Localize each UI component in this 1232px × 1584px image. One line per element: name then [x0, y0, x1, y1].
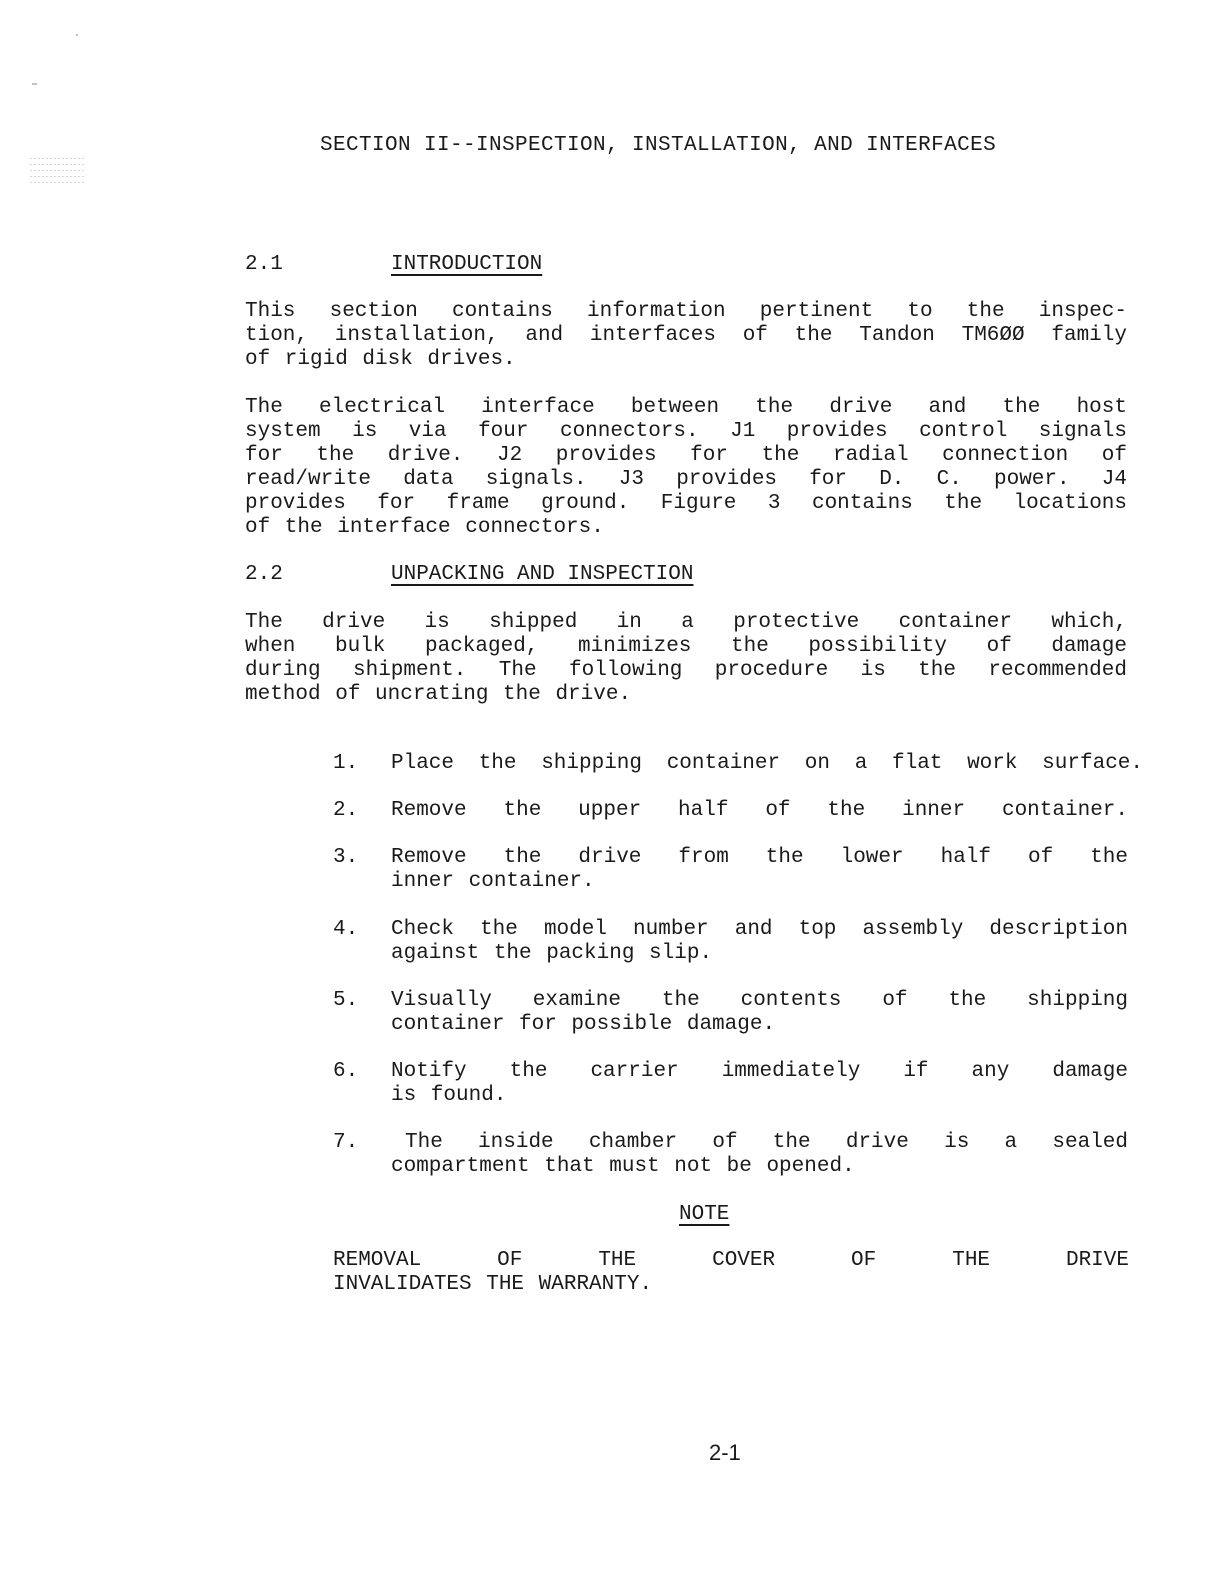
step-number: 7. [333, 1131, 383, 1155]
text-line: when bulk packaged, minimizes the possib… [245, 635, 1127, 659]
scan-speck [76, 34, 78, 36]
section-heading-2-2: 2.2UNPACKING AND INSPECTION [245, 563, 693, 586]
text-line: during shipment. The following procedure… [245, 659, 1127, 683]
section-heading-title: UNPACKING AND INSPECTION [391, 563, 693, 586]
intro-paragraph-2: The electrical interface between the dri… [245, 396, 1127, 540]
text-line: Remove the drive from the lower half of … [391, 846, 1128, 870]
text-line: for the drive. J2 provides for the radia… [245, 444, 1127, 468]
unpacking-paragraph: The drive is shipped in a protective con… [245, 611, 1127, 707]
text-line: of rigid disk drives. [245, 348, 1127, 372]
text-line: Notify the carrier immediately if any da… [391, 1060, 1128, 1084]
intro-paragraph-1: This section contains information pertin… [245, 300, 1127, 372]
step-number: 4. [333, 918, 383, 942]
section-title: SECTION II--INSPECTION, INSTALLATION, AN… [320, 134, 1070, 157]
document-page: SECTION II--INSPECTION, INSTALLATION, AN… [0, 0, 1232, 1584]
scan-speck [32, 83, 37, 85]
text-line: inner container. [391, 870, 1128, 894]
text-line: REMOVAL OF THE COVER OF THE DRIVE [333, 1249, 1129, 1273]
text-line: Place the shipping container on a flat w… [391, 752, 1143, 776]
text-line: read/write data signals. J3 provides for… [245, 468, 1127, 492]
text-line: of the interface connectors. [245, 516, 1127, 540]
step-number: 1. [333, 752, 383, 776]
scan-artifact-marks [30, 158, 86, 196]
step-number: 3. [333, 846, 383, 870]
text-line: container for possible damage. [391, 1013, 1128, 1037]
step-number: 5. [333, 989, 383, 1013]
section-heading-2-1: 2.1INTRODUCTION [245, 253, 542, 276]
text-line: This section contains information pertin… [245, 300, 1127, 324]
note-label: NOTE [679, 1203, 729, 1226]
text-line: The inside chamber of the drive is a sea… [391, 1131, 1128, 1155]
section-heading-title: INTRODUCTION [391, 253, 542, 276]
text-line: INVALIDATES THE WARRANTY. [333, 1273, 1129, 1297]
step-number: 6. [333, 1060, 383, 1084]
text-line: Remove the upper half of the inner conta… [391, 799, 1128, 823]
text-line: method of uncrating the drive. [245, 683, 1127, 707]
text-line: against the packing slip. [391, 942, 1128, 966]
text-line: tion, installation, and interfaces of th… [245, 324, 1127, 348]
text-line: The drive is shipped in a protective con… [245, 611, 1127, 635]
text-line: provides for frame ground. Figure 3 cont… [245, 492, 1127, 516]
text-line: Check the model number and top assembly … [391, 918, 1128, 942]
text-line: Visually examine the contents of the shi… [391, 989, 1128, 1013]
page-number: 2-1 [709, 1440, 741, 1466]
note-body: REMOVAL OF THE COVER OF THE DRIVE INVALI… [333, 1249, 1129, 1297]
step-number: 2. [333, 799, 383, 823]
text-line: compartment that must not be opened. [391, 1155, 1128, 1179]
text-line: system is via four connectors. J1 provid… [245, 420, 1127, 444]
section-number: 2.2 [245, 563, 391, 586]
text-line: is found. [391, 1084, 1128, 1108]
text-line: The electrical interface between the dri… [245, 396, 1127, 420]
section-number: 2.1 [245, 253, 391, 276]
